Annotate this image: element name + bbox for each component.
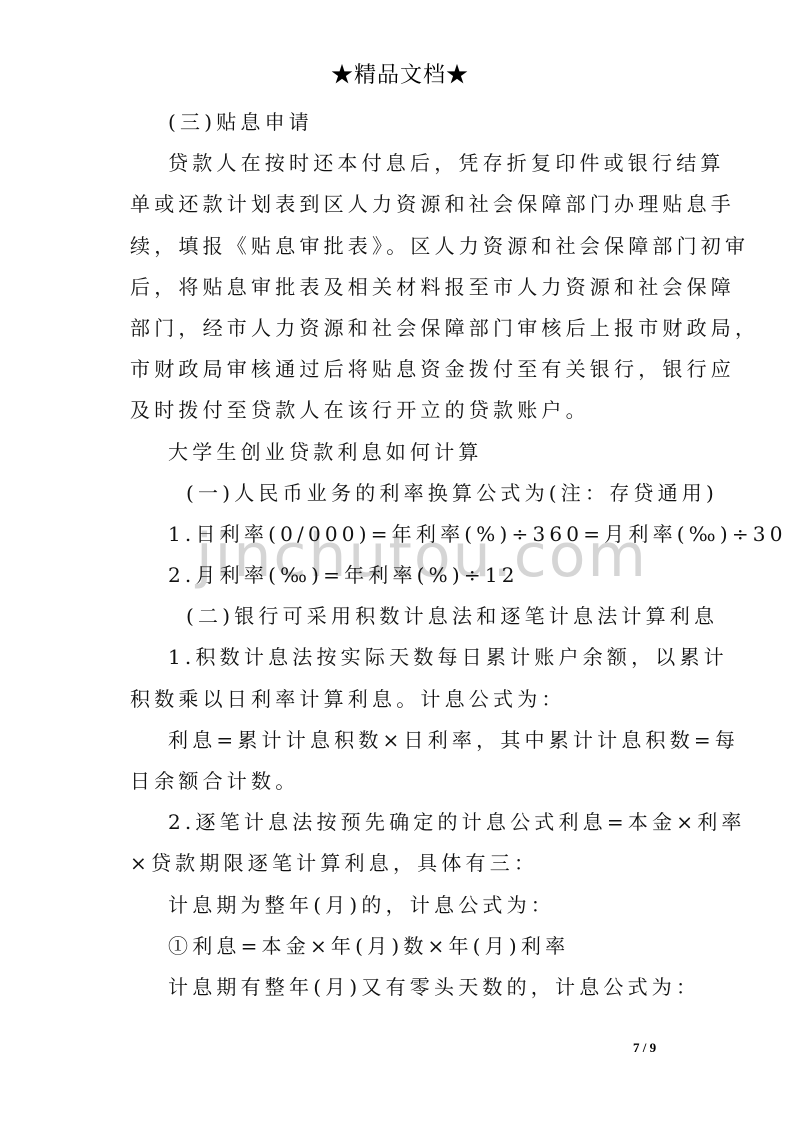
paragraph-line: 日余额合计数。 bbox=[130, 761, 670, 802]
subsection-heading: (二)银行可采用积数计息法和逐笔计息法计算利息 bbox=[130, 596, 670, 637]
paragraph-line: 部门，经市人力资源和社会保障部门审核后上报市财政局， bbox=[130, 308, 670, 349]
section-heading: 大学生创业贷款利息如何计算 bbox=[130, 432, 670, 473]
paragraph-line: 计息期有整年(月)又有零头天数的，计息公式为： bbox=[130, 967, 670, 1008]
paragraph-line: 计息期为整年(月)的，计息公式为： bbox=[130, 885, 670, 926]
formula-line: ①利息=本金×年(月)数×年(月)利率 bbox=[130, 926, 670, 967]
section-heading: (三)贴息申请 bbox=[130, 102, 670, 143]
paragraph-line: 后，将贴息审批表及相关材料报至市人力资源和社会保障 bbox=[130, 267, 670, 308]
formula-line: 2.月利率(‰)=年利率(%)÷12 bbox=[130, 555, 670, 596]
paragraph-line: 2.逐笔计息法按预先确定的计息公式利息=本金×利率 bbox=[130, 802, 670, 843]
subsection-heading: (一)人民币业务的利率换算公式为(注：存贷通用) bbox=[130, 473, 670, 514]
paragraph-line: 单或还款计划表到区人力资源和社会保障部门办理贴息手 bbox=[130, 184, 670, 225]
paragraph-line: 及时拨付至贷款人在该行开立的贷款账户。 bbox=[130, 390, 670, 431]
document-header: ★精品文档★ bbox=[0, 58, 800, 89]
page-number: 7 / 9 bbox=[633, 1040, 656, 1056]
paragraph-line: 1.积数计息法按实际天数每日累计账户余额，以累计 bbox=[130, 637, 670, 678]
paragraph-line: 续，填报《贴息审批表》。区人力资源和社会保障部门初审 bbox=[130, 226, 670, 267]
paragraph-line: 贷款人在按时还本付息后，凭存折复印件或银行结算 bbox=[130, 143, 670, 184]
paragraph-line: ×贷款期限逐笔计算利息，具体有三： bbox=[130, 843, 670, 884]
formula-line: 1.日利率(0/000)=年利率(%)÷360=月利率(‰)÷30 bbox=[130, 514, 670, 555]
document-body: (三)贴息申请 贷款人在按时还本付息后，凭存折复印件或银行结算 单或还款计划表到… bbox=[130, 102, 670, 1008]
paragraph-line: 积数乘以日利率计算利息。计息公式为： bbox=[130, 679, 670, 720]
paragraph-line: 市财政局审核通过后将贴息资金拨付至有关银行，银行应 bbox=[130, 349, 670, 390]
paragraph-line: 利息=累计计息积数×日利率，其中累计计息积数=每 bbox=[130, 720, 670, 761]
